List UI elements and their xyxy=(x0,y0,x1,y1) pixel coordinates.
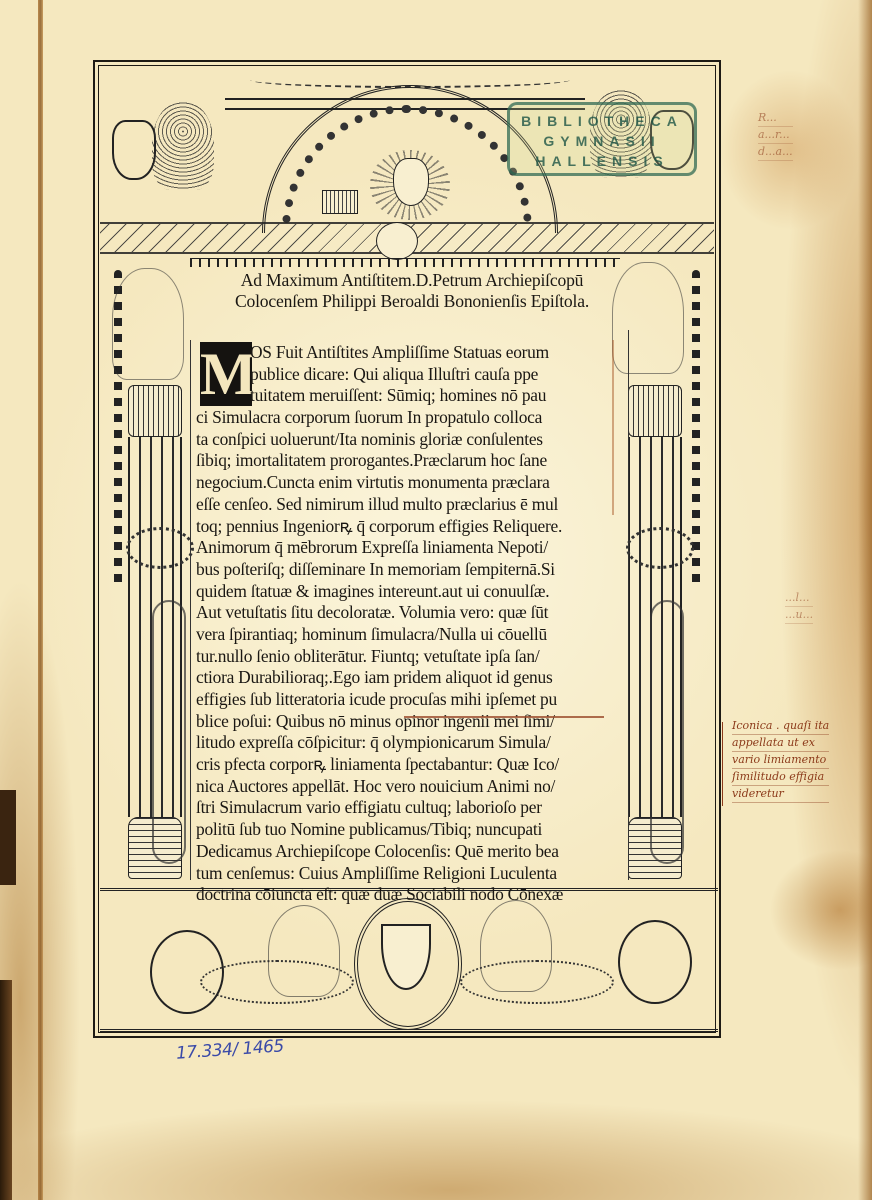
body-line: ſibiq; imortalitatem prorogantes.Præclar… xyxy=(196,450,628,472)
body-line: publice dicare: Qui aliqua Illuſtri cauſ… xyxy=(196,364,628,386)
stamp-line: HALLENSIS xyxy=(510,151,694,171)
body-line: tuitatem meruiſſent: Sūmiq; homines nō p… xyxy=(196,385,628,407)
body-line: Aut vetuſtatis ſitu decoloratæ. Volumia … xyxy=(196,602,628,624)
body-line: politū ſub tuo Nomine publicamus/Tibiq; … xyxy=(196,819,628,841)
heading-line: Colocenſem Philippi Beroaldi Bononienſis… xyxy=(196,291,628,312)
winged-putto-right-figure xyxy=(480,900,552,992)
marginal-bracket xyxy=(722,722,729,806)
stamp-line: GYMNASII xyxy=(510,131,694,151)
marginal-line: ...l... xyxy=(785,590,813,607)
body-line: nica Auctores appellāt. Hoc vero nouiciu… xyxy=(196,776,628,798)
body-line: Animorum q̄ mēbrorum Expreſſa liniamenta… xyxy=(196,537,628,559)
marginal-line: vario limiamento xyxy=(732,752,829,769)
body-line: ta conſpici uoluerunt/Ita nominis gloriæ… xyxy=(196,429,628,451)
seated-putto-left-figure xyxy=(112,268,184,380)
marginal-line: ...u... xyxy=(785,607,813,624)
open-book-icon xyxy=(322,190,358,214)
binding-tear-lower xyxy=(0,980,12,1200)
body-line: bus poſteriſq; diſſeminare In memoriam ſ… xyxy=(196,559,628,581)
body-line: tur.nullo ſenio obliterātur. Fiuntq; vet… xyxy=(196,646,628,668)
winged-cherub-head-icon xyxy=(376,222,418,260)
bearded-saint-figure xyxy=(393,158,429,206)
column-capital xyxy=(628,385,682,437)
meander-band xyxy=(190,258,620,267)
body-line: vera ſpirantiaq; hominum ſimulacra/Nulla… xyxy=(196,624,628,646)
body-line: ſtri Simulacrum vario effigiatu cultuq; … xyxy=(196,797,628,819)
body-line: blice poſui: Quibus nō minus opinor inge… xyxy=(196,711,628,733)
portrait-medallion-left xyxy=(150,930,224,1014)
serpent-right-ornament xyxy=(650,600,684,864)
marginal-line: appellata ut ex xyxy=(732,735,829,752)
heading-line: Ad Maximum Antiſtitem.D.Petrum Archiepiſ… xyxy=(196,270,628,291)
body-line: litudo expreſſa cōſpicitur: q̄ olympioni… xyxy=(196,732,628,754)
laurel-wreath-icon xyxy=(126,527,194,569)
body-line: Dedicamus Archiepiſcope Colocenſis: Quē … xyxy=(196,841,628,863)
laurel-wreath-icon xyxy=(626,527,694,569)
text-rule-left xyxy=(190,340,191,880)
letter-heading: Ad Maximum Antiſtitem.D.Petrum Archiepiſ… xyxy=(196,270,628,312)
urn-left-icon xyxy=(112,120,156,180)
binding-tear xyxy=(0,790,16,885)
letter-body: OS Fuit Antiſtites Ampliſſime Statuas eo… xyxy=(196,342,628,906)
column-capital xyxy=(128,385,182,437)
marginal-line: R... xyxy=(758,110,793,127)
binding-spine xyxy=(38,0,43,1200)
serpent-left-ornament xyxy=(152,600,186,864)
marginal-note-iconica: Iconica . quaſi ita appellata ut ex vari… xyxy=(732,718,829,803)
marginal-line: videretur xyxy=(732,786,829,803)
marginal-line: a...r... xyxy=(758,127,793,144)
text-rule-right xyxy=(628,330,629,880)
marginal-line: d...a... xyxy=(758,144,793,161)
page-edge-stain xyxy=(858,0,872,1200)
body-line: negocium.Cuncta enim virtutis monumenta … xyxy=(196,472,628,494)
lion-left-figure xyxy=(152,100,214,190)
marginal-note-faded-top: R... a...r... d...a... xyxy=(758,110,793,161)
body-line: doctrina cōiuncta eſt: quæ duæ Sociabili… xyxy=(196,884,628,906)
body-line: eſſe cenſeo. Sed nimirum illud multo præ… xyxy=(196,494,628,516)
portrait-medallion-right xyxy=(618,920,692,1004)
stamp-line: BIBLIOTHECA xyxy=(510,111,694,131)
body-line: quidem ſtatuæ & imagines intereunt.aut u… xyxy=(196,581,628,603)
marginal-line: ſimilitudo effigia xyxy=(732,769,829,786)
body-line: effigies ſub litteratoria icude procuſas… xyxy=(196,689,628,711)
body-line: tum cenſemus: Cuius Ampliſſime Religioni… xyxy=(196,863,628,885)
heading: Ad Maximum Antiſtitem.D.Petrum Archiepiſ… xyxy=(196,270,628,312)
body-line: cris pfecta corporꝶ liniamenta ſpectaban… xyxy=(196,754,628,776)
marginal-note-faded-mid: ...l... ...u... xyxy=(785,590,813,624)
body-line: ctiora Durabilioraq;.Ego iam pridem aliq… xyxy=(196,667,628,689)
library-stamp: BIBLIOTHECA GYMNASII HALLENSIS xyxy=(507,102,697,176)
body-line: toq; pennius Ingeniorꝶ q̄ corporum effig… xyxy=(196,516,628,538)
winged-putto-left-figure xyxy=(268,905,340,997)
bead-string-right xyxy=(692,270,700,590)
body-line: ci Simulacra corporum ſuorum In propatul… xyxy=(196,407,628,429)
marginal-line: Iconica . quaſi ita xyxy=(732,718,829,735)
body-line: OS Fuit Antiſtites Ampliſſime Statuas eo… xyxy=(196,342,628,364)
reader-underline xyxy=(404,716,604,718)
